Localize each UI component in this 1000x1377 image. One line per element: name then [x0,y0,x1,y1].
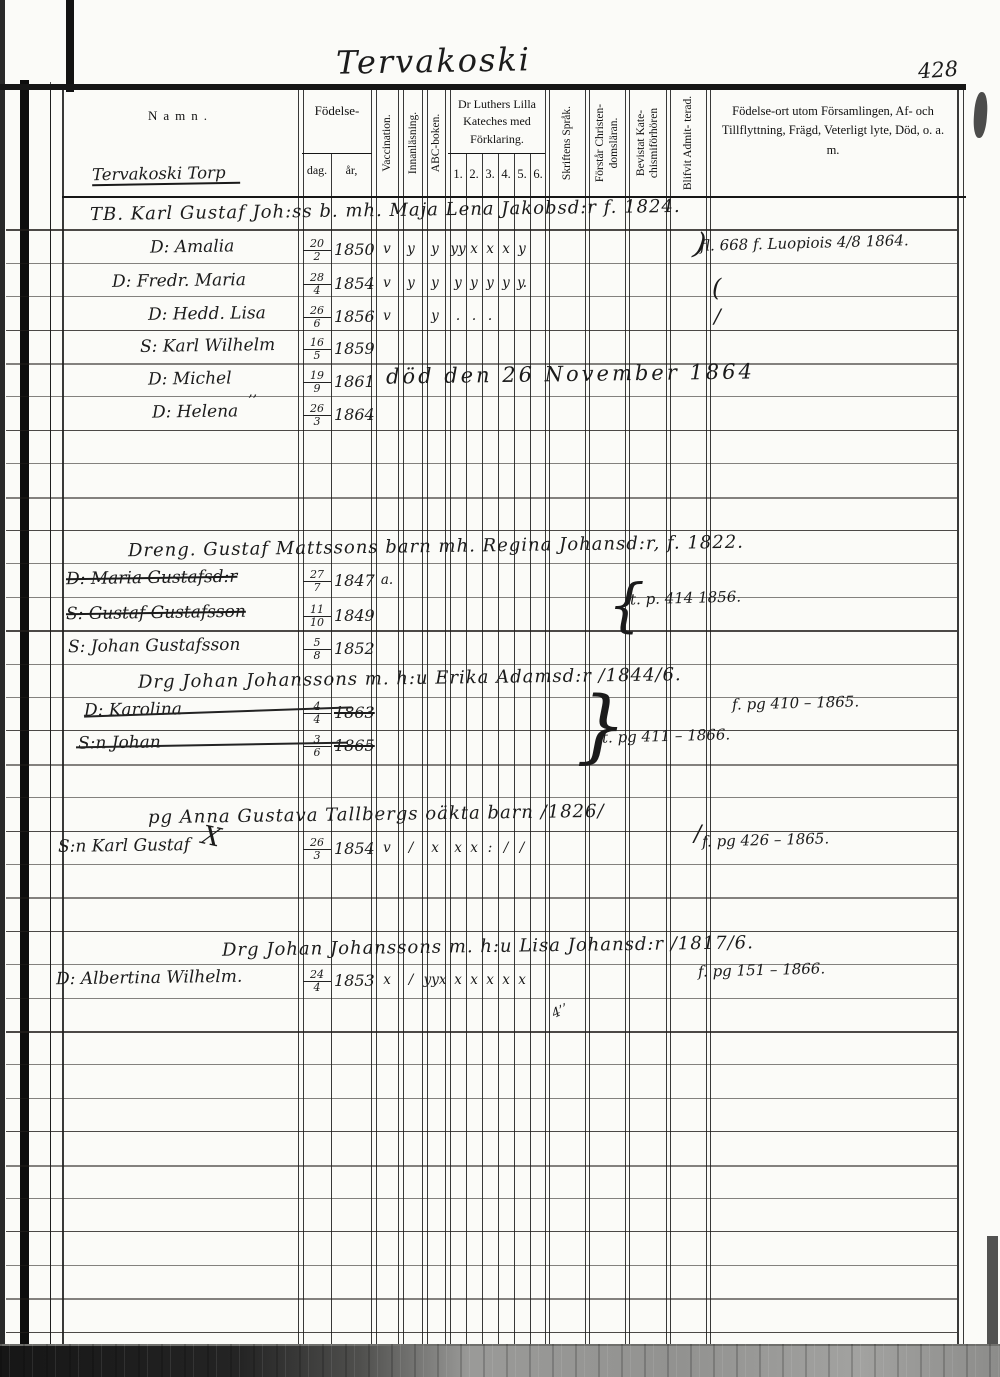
birth-day: 244 [303,969,331,994]
check-mark: y [431,275,439,291]
col-header-anmarkningar: Födelse-ort utom Församlingen, Af- och T… [714,98,952,164]
birth-year: 1859 [334,339,375,358]
col-header-forstar-christendomslaran: Förstår Christen- domsläran. [591,92,624,194]
col-header-bevistat-katechismforhoren: Bevistat Kate- chismiförhören [631,92,665,194]
ruled-line [6,730,957,731]
kateches-subcol-label: 4. [498,164,514,184]
check-mark: x [383,972,391,988]
grid-vline [963,84,964,1344]
col-header-fodelse: Födelse- [302,100,372,122]
grid-vline [298,84,299,1344]
ruled-line [6,530,957,531]
check-mark: . [456,308,460,324]
grid-vline [545,84,546,1344]
grid-vline [422,84,423,1344]
family-header-name: Drg Johan Johanssons m. h:u Lisa Johansd… [222,932,754,960]
ruled-line [6,430,957,431]
col-header-vaccination: Vaccination. [377,92,398,194]
check-mark: y [502,275,510,291]
scan-smudge-top-right [972,92,988,139]
check-mark: y [431,308,439,324]
birth-year: 1864 [334,405,375,424]
check-mark: x [454,972,462,988]
death-note: död den 26 November 1864 [386,359,755,388]
person-name: S:n Karl Gustaf [58,835,190,857]
birth-day: 263 [303,403,331,428]
kateches-subcol-label: 2. [466,164,482,184]
ink-decoration: { [608,576,645,634]
ruled-line [6,931,957,932]
ink-decoration: / [714,306,721,326]
person-name: D: Maria Gustafsd:r [66,567,238,589]
check-mark: x [502,972,510,988]
ruled-line [6,864,957,865]
birth-year: 1854 [334,274,375,293]
ruled-line [6,497,957,499]
col-header-dag: dag. [303,160,331,180]
scan-smudge-bottom-right [987,1236,998,1346]
ink-decoration: / [694,824,701,846]
birth-day: 44 [303,701,331,726]
check-mark: x [470,840,478,856]
margin-note: t. p. 414 1856. [630,588,741,609]
ruled-line [6,797,957,798]
ruled-line [6,1031,957,1033]
margin-note: fl. 668 f. Luopiois 4/8 1864. [700,231,909,254]
ruled-line [6,330,957,331]
birth-year: 1852 [334,639,375,658]
person-name: D: Amalia [150,236,235,257]
check-mark: v [383,275,391,291]
binding-edge [20,80,29,1377]
check-mark: : [488,840,493,856]
birth-year: 1850 [334,240,375,259]
person-name: S: Gustaf Gustafsson [66,602,246,625]
col-header-namn: Namn. [62,104,299,128]
grid-vline [957,84,959,1344]
check-mark: x [518,972,526,988]
check-mark: y [470,275,478,291]
check-mark: y [407,275,415,291]
person-name: D: Helena [152,401,239,422]
ink-decoration: ’’ [248,394,257,408]
namn-subheading-handwritten: Tervakoski Torp [92,163,240,187]
col-header-ar: år, [332,160,371,180]
ruled-line [6,1098,957,1099]
check-mark: y [431,241,439,257]
ruled-line [6,263,957,264]
col-header-skriftens-sprak: Skriftens Språk. [552,92,584,194]
binding-edge-top [66,0,74,92]
ruled-line [6,396,957,397]
check-mark: y [454,275,462,291]
ruled-line [6,296,957,297]
grid-vline [403,84,404,1344]
grid-vline [445,84,446,1344]
ruled-line [6,229,957,231]
birth-day: 284 [303,272,331,297]
person-name: D: Karolina [84,699,182,720]
page-edge-left [0,0,5,1377]
birth-year: 1849 [334,606,375,625]
birth-day: 36 [303,734,331,759]
person-name: S: Johan Gustafsson [68,635,241,657]
ruled-line [6,1198,957,1199]
check-mark: x [502,241,510,257]
grid-vline [427,84,428,1344]
birth-day: 277 [303,569,331,594]
check-mark: . [472,308,476,324]
margin-note: f. pg 410 – 1865. [732,692,860,713]
grid-vline [710,84,711,1344]
col-header-abc-boken: ABC-boken. [428,92,446,194]
ink-decoration: X [199,822,223,851]
ruled-line [6,1298,957,1300]
grid-vline [62,84,64,1344]
check-mark: y [407,241,415,257]
ruled-line [6,463,957,464]
ink-decoration: ( [712,276,721,300]
grid-vline [549,84,550,1344]
ruled-line [6,1265,957,1266]
check-mark: yy [450,241,465,257]
birth-day: 165 [303,337,331,362]
kateches-subcol-label: 1. [450,164,466,184]
ruled-line [6,1165,957,1167]
ink-decoration: } [576,686,627,766]
ink-decoration: 4’’ [550,1002,570,1021]
birth-day: 202 [303,238,331,263]
margin-note: f. pg 426 – 1865. [702,829,830,850]
check-mark: y [486,275,494,291]
grid-vline [706,84,707,1344]
ruled-line [6,563,957,564]
check-mark: x [486,241,494,257]
check-mark: v [383,241,391,257]
family-header-name: TB. Karl Gustaf Joh:ss b. mh. Maja Lena … [90,196,681,225]
ruled-line [6,1064,957,1065]
ruled-line [6,597,957,598]
check-mark: v [383,308,391,324]
check-mark: y. [517,275,527,291]
check-mark: / [409,840,414,856]
church-register-page: Tervakoski 428 Namn. Tervakoski Torp Föd… [0,0,1000,1377]
check-mark: yyx [424,972,447,988]
ruled-line [6,1231,957,1232]
ruled-line [6,998,957,999]
ruled-line [6,1332,957,1333]
check-mark: x [486,972,494,988]
birth-year: 1853 [334,971,375,990]
check-mark: / [520,840,525,856]
ruled-line [6,664,957,665]
col-header-blifvit-admitterad: Blifvit Admit- terad. [672,92,705,194]
check-mark: v [383,840,391,856]
family-header-name: Dreng. Gustaf Mattssons barn mh. Regina … [128,532,744,562]
page-bottom-texture [0,1344,1000,1377]
kateches-subcol-label: 6. [530,164,546,184]
birth-year: 1847 [334,571,375,590]
birth-day: 58 [303,637,331,662]
birth-year: 1861 [334,372,375,391]
check-mark: / [504,840,509,856]
ruled-line [6,897,957,899]
margin-note: f. pg 151 – 1866. [698,959,826,980]
check-mark: x [470,972,478,988]
ruled-line [6,1131,957,1132]
birth-day: 1110 [303,604,331,629]
grid-vline [670,84,671,1344]
grid-vline [629,84,630,1344]
kateches-subcol-label: 5. [514,164,530,184]
col-header-kateches: Dr Luthers Lilla Kateches med Förklaring… [450,94,544,150]
kateches-subcol-label: 3. [482,164,498,184]
check-mark: / [409,972,414,988]
person-name: S:n Johan [78,732,161,753]
page-title: Tervakoski [336,40,532,81]
check-mark: x [470,241,478,257]
table-top-border [0,84,966,90]
birth-day: 199 [303,370,331,395]
check-mark: y [518,241,526,257]
fodelse-divider [302,153,372,154]
birth-year: 1856 [334,307,375,326]
check-mark: x [431,840,439,856]
page-number: 428 [917,57,959,84]
grid-vline [666,84,667,1344]
grid-vline [50,84,51,1344]
birth-year: 1865 [334,736,375,755]
check-mark: . [488,308,492,324]
person-name: D: Hedd. Lisa [148,303,266,325]
check-mark: a. [381,572,393,588]
check-mark: x [454,840,462,856]
birth-year: 1854 [334,839,375,858]
ruled-line [6,630,957,632]
person-name: S: Karl Wilhelm [140,335,275,357]
person-name: D: Albertina Wilhelm. [56,967,243,990]
ruled-line [6,764,957,766]
grid-vline [376,84,377,1344]
grid-vline [450,84,451,1344]
birth-day: 266 [303,305,331,330]
birth-day: 263 [303,837,331,862]
person-name: D: Michel [148,368,232,389]
person-name: D: Fredr. Maria [112,270,246,292]
grid-vline [398,84,399,1344]
col-header-innanlasning: Innanläsning. [404,92,423,194]
